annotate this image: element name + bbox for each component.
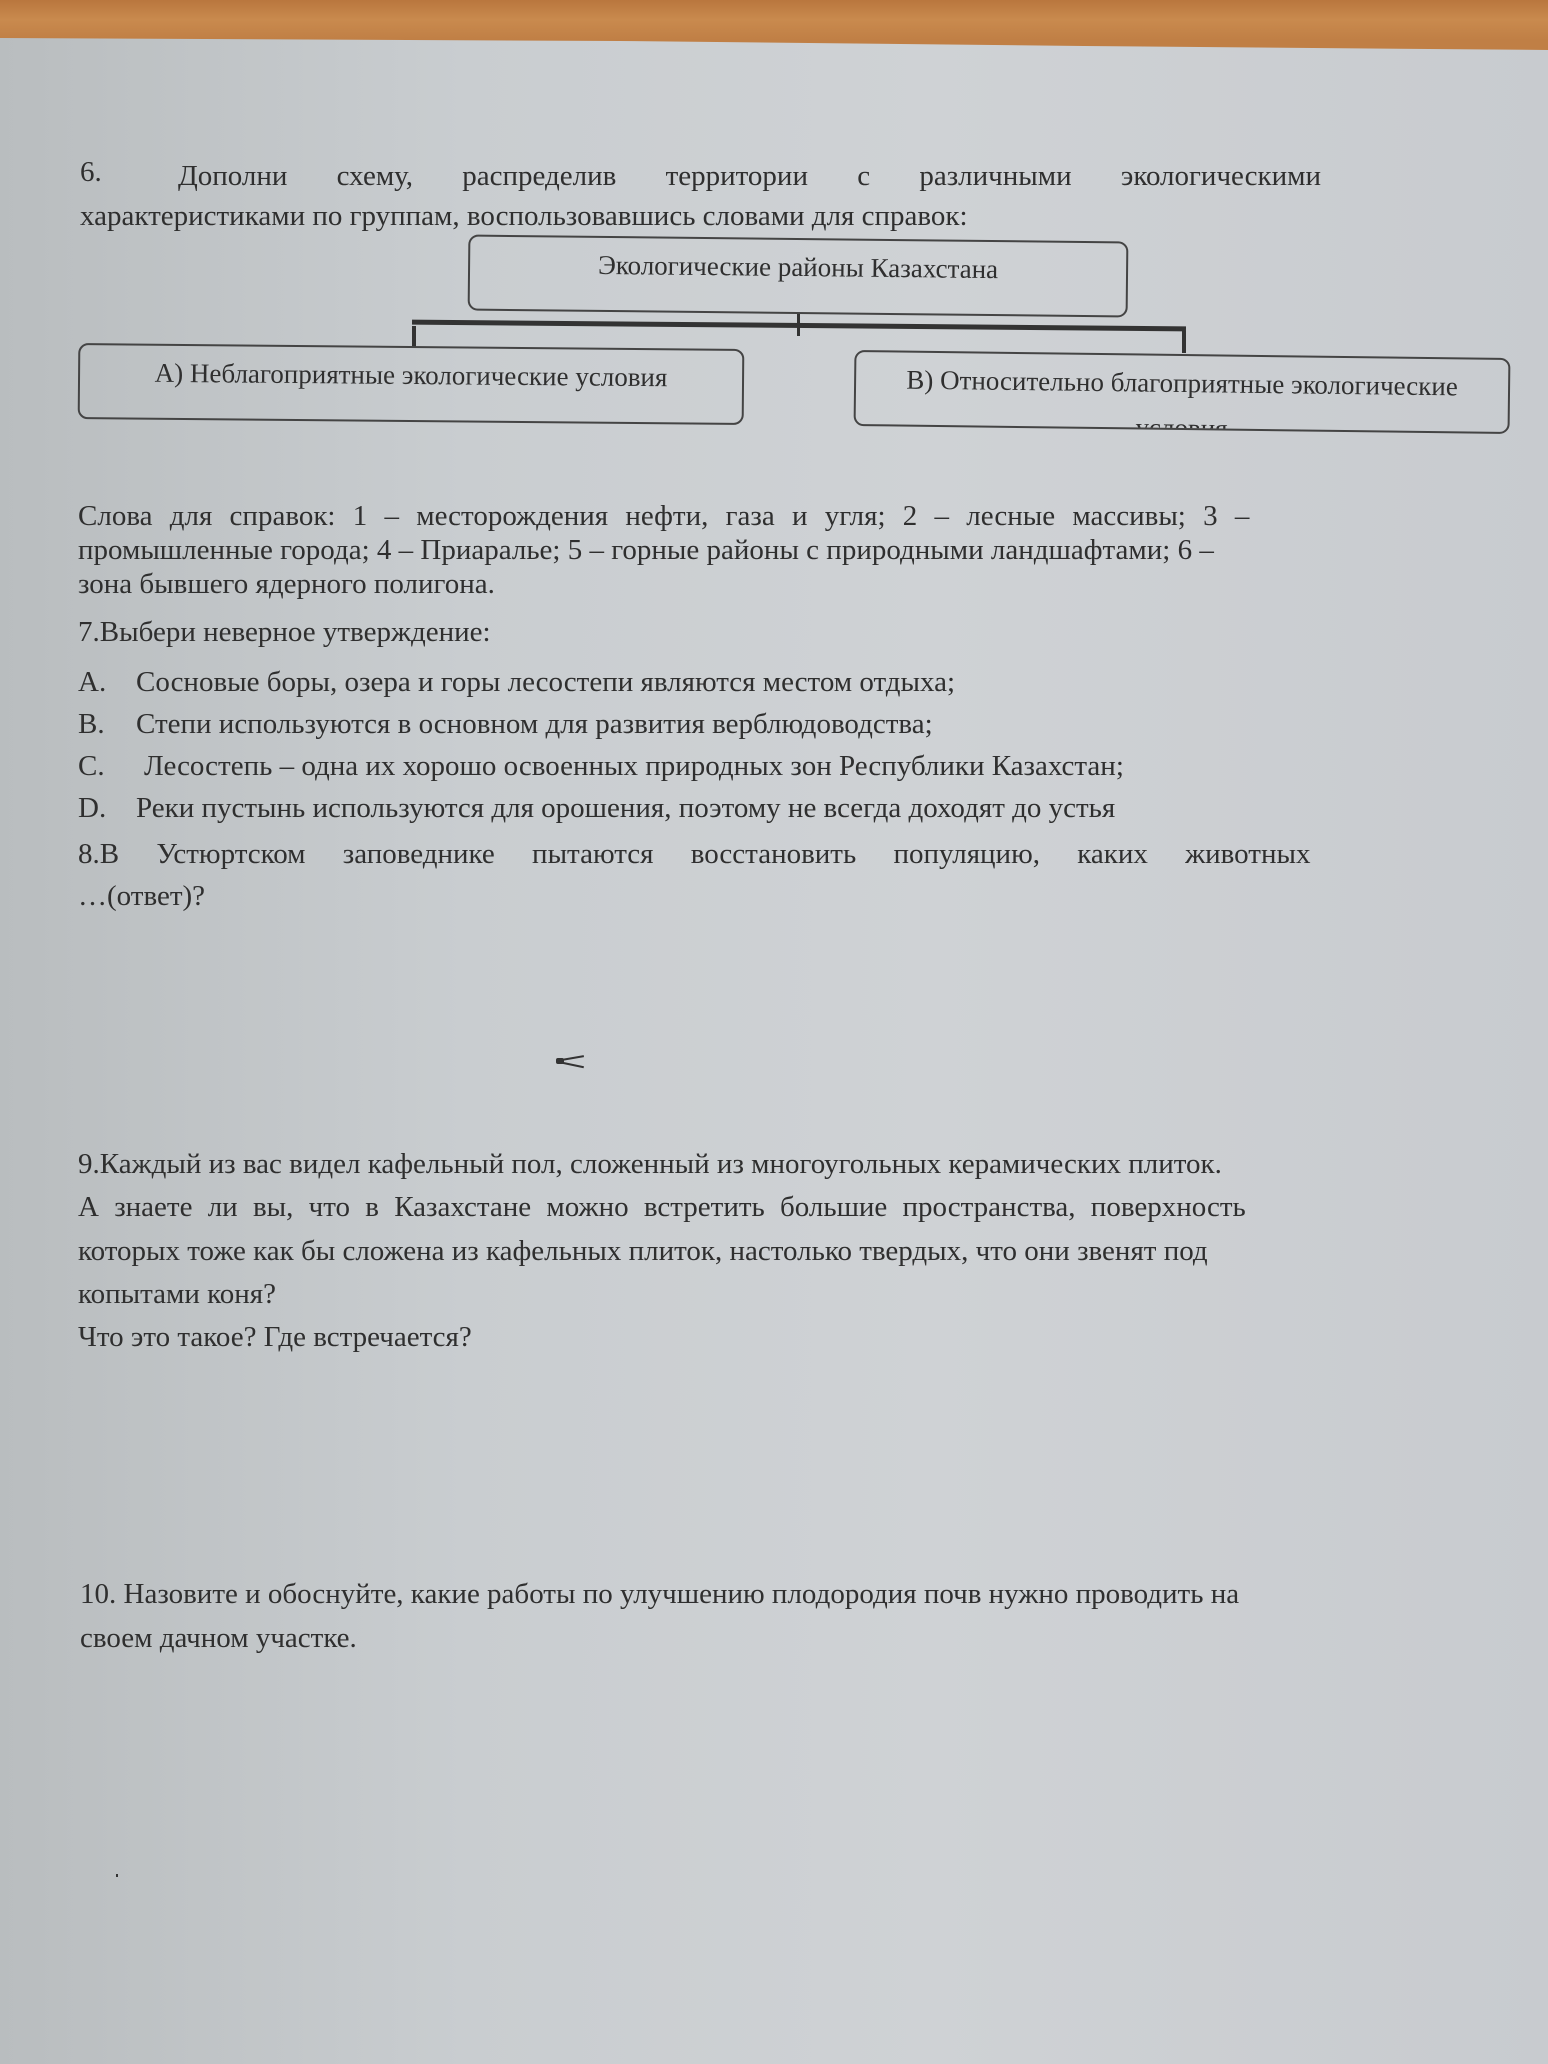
diagram-root-label: Экологические районы Казахстана: [598, 250, 998, 284]
diagram-left-box: А) Неблагоприятные экологические условия: [78, 343, 745, 425]
q7-option-c: C.Лесостепь – одна их хорошо освоенных п…: [78, 750, 1124, 783]
q7-title: 7.Выбери неверное утверждение:: [78, 616, 491, 649]
q7-option-c-letter: C.: [78, 750, 144, 783]
diagram-connector-left: [412, 326, 416, 348]
q10-line2: своем дачном участке.: [80, 1622, 357, 1655]
q7-option-b: B.Степи используются в основном для разв…: [78, 708, 933, 741]
q9-line2: А знаете ли вы, что в Казахстане можно в…: [78, 1191, 1246, 1224]
q7-option-b-letter: B.: [78, 708, 136, 741]
diagram-root-box: Экологические районы Казахстана: [468, 235, 1129, 318]
diagram-connector-right: [1182, 331, 1186, 353]
q7-option-d-text: Реки пустынь используются для орошения, …: [136, 792, 1115, 824]
paper-dot: [116, 1874, 118, 1877]
q7-option-a: A.Сосновые боры, озера и горы лесостепи …: [78, 666, 955, 699]
q7-option-b-text: Степи используются в основном для развит…: [136, 708, 933, 740]
q9-line3: которых тоже как бы сложена из кафельных…: [78, 1235, 1208, 1268]
q9-line5: Что это такое? Где встречается?: [78, 1321, 472, 1354]
q7-option-c-text: Лесостепь – одна их хорошо освоенных при…: [144, 750, 1124, 782]
ink-mark-tail-2: [562, 1062, 584, 1069]
diagram-left-label: А) Неблагоприятные экологические условия: [155, 358, 668, 392]
q6-line1: Дополни схему, распределив территории с …: [178, 160, 1420, 193]
q6-hints-line3: зона бывшего ядерного полигона.: [78, 568, 495, 601]
q6-hints-line1: Слова для справок: 1 – месторождения неф…: [78, 500, 1418, 533]
diagram-right-box: В) Относительно благоприятные экологичес…: [854, 350, 1511, 434]
q6-line2: характеристиками по группам, воспользова…: [80, 200, 968, 233]
q6-hints-line2: промышленные города; 4 – Приаралье; 5 – …: [78, 534, 1214, 567]
diagram-right-label-line2: условия: [855, 409, 1507, 434]
q9-line4: копытами коня?: [78, 1278, 276, 1311]
q7-option-d-letter: D.: [78, 792, 136, 825]
q7-option-a-text: Сосновые боры, озера и горы лесостепи яв…: [136, 666, 955, 698]
q9-line1: 9.Каждый из вас видел кафельный пол, сло…: [78, 1148, 1222, 1181]
ink-mark-tail: [562, 1055, 584, 1061]
q8-line1: 8.В Устюртском заповеднике пытаются восс…: [78, 838, 1310, 871]
q8-line2: …(ответ)?: [78, 880, 205, 913]
q6-number: 6.: [80, 156, 102, 189]
diagram-right-label-line1: В) Относительно благоприятные экологичес…: [856, 364, 1508, 403]
q7-option-a-letter: A.: [78, 666, 136, 699]
q7-option-d: D.Реки пустынь используются для орошения…: [78, 792, 1115, 825]
q10-line1: 10. Назовите и обоснуйте, какие работы п…: [80, 1578, 1239, 1611]
worksheet-page: 6. Дополни схему, распределив территории…: [0, 38, 1548, 2064]
